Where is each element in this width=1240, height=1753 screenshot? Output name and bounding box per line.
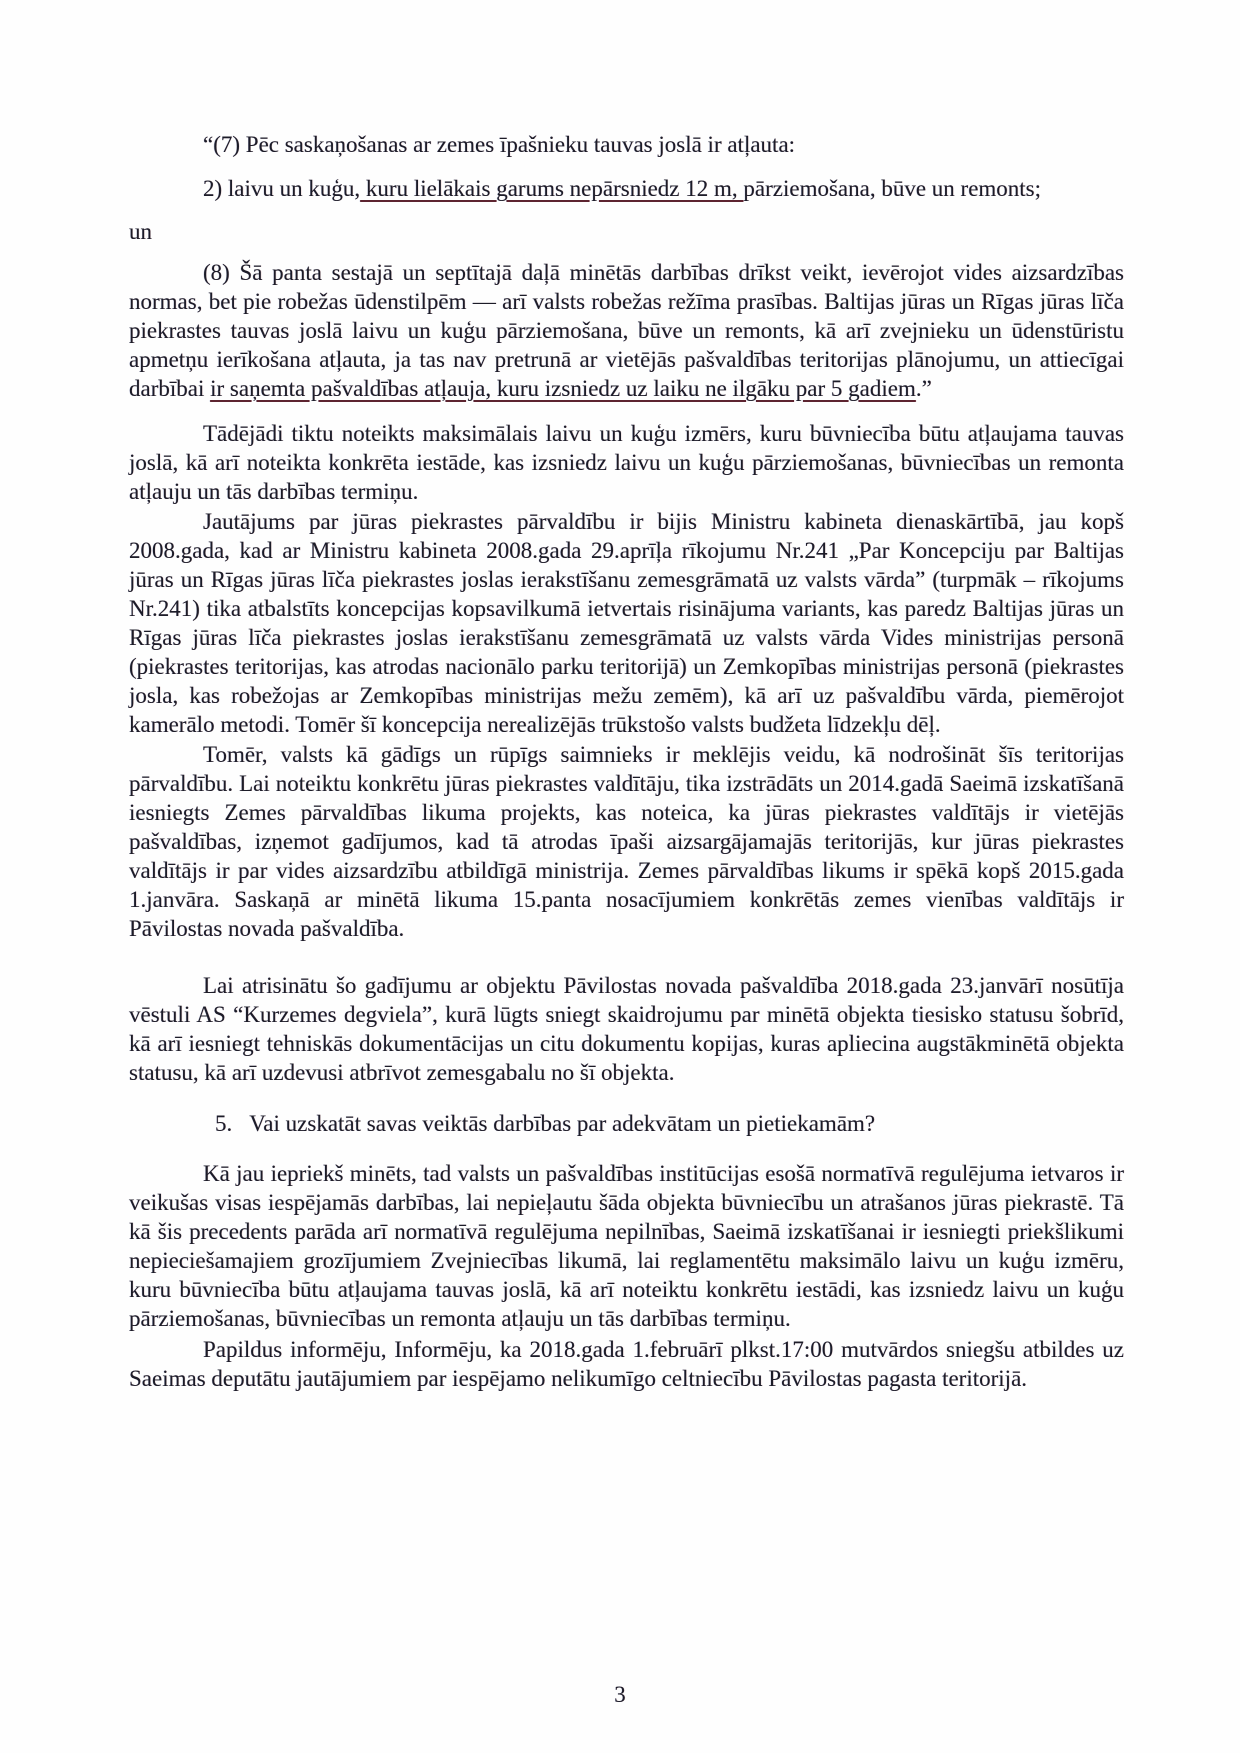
section-8-underlined-clause: ir saņemta pašvaldības atļauja, kuru izs… bbox=[210, 376, 916, 401]
paragraph-papildus-informeju: Papildus informēju, Informēju, ka 2018.g… bbox=[129, 1335, 1124, 1393]
page-number: 3 bbox=[0, 1680, 1240, 1709]
question-5-number: 5. bbox=[215, 1109, 232, 1138]
question-5-heading: 5.Vai uzskatāt savas veiktās darbības pa… bbox=[129, 1109, 1124, 1138]
point-2-text-tail: pārziemošana, būve un remonts; bbox=[743, 176, 1041, 201]
paragraph-tomer-valsts: Tomēr, valsts kā gādīgs un rūpīgs saimni… bbox=[129, 740, 1124, 943]
paragraph-ka-jau-iepriekš-minets: Kā jau iepriekš minēts, tad valsts un pa… bbox=[129, 1159, 1124, 1333]
point-2-text: 2) laivu un kuģu, bbox=[203, 176, 360, 201]
paragraph-lai-atrisinatu: Lai atrisinātu šo gadījumu ar objektu Pā… bbox=[129, 971, 1124, 1087]
question-5-text: Vai uzskatāt savas veiktās darbības par … bbox=[249, 1111, 875, 1136]
paragraph-jautajums-par-juras-piekrasti: Jautājums par jūras piekrastes pārvaldīb… bbox=[129, 507, 1124, 739]
paragraph-quoted-section-7: “(7) Pēc saskaņošanas ar zemes īpašnieku… bbox=[129, 126, 1124, 164]
paragraph-quoted-section-8: (8) Šā panta sestajā un septītajā daļā m… bbox=[129, 258, 1124, 403]
paragraph-quoted-point-2: 2) laivu un kuģu, kuru lielākais garums … bbox=[129, 170, 1124, 208]
point-2-underlined-clause: kuru lielākais garums nepārsniedz 12 m, bbox=[360, 176, 743, 201]
scanned-document-page: “(7) Pēc saskaņošanas ar zemes īpašnieku… bbox=[0, 0, 1240, 1753]
paragraph-tadejadi: Tādējādi tiktu noteikts maksimālais laiv… bbox=[129, 419, 1124, 506]
paragraph-connector-un: un bbox=[129, 213, 1124, 251]
section-8-text-tail: .” bbox=[916, 376, 932, 401]
